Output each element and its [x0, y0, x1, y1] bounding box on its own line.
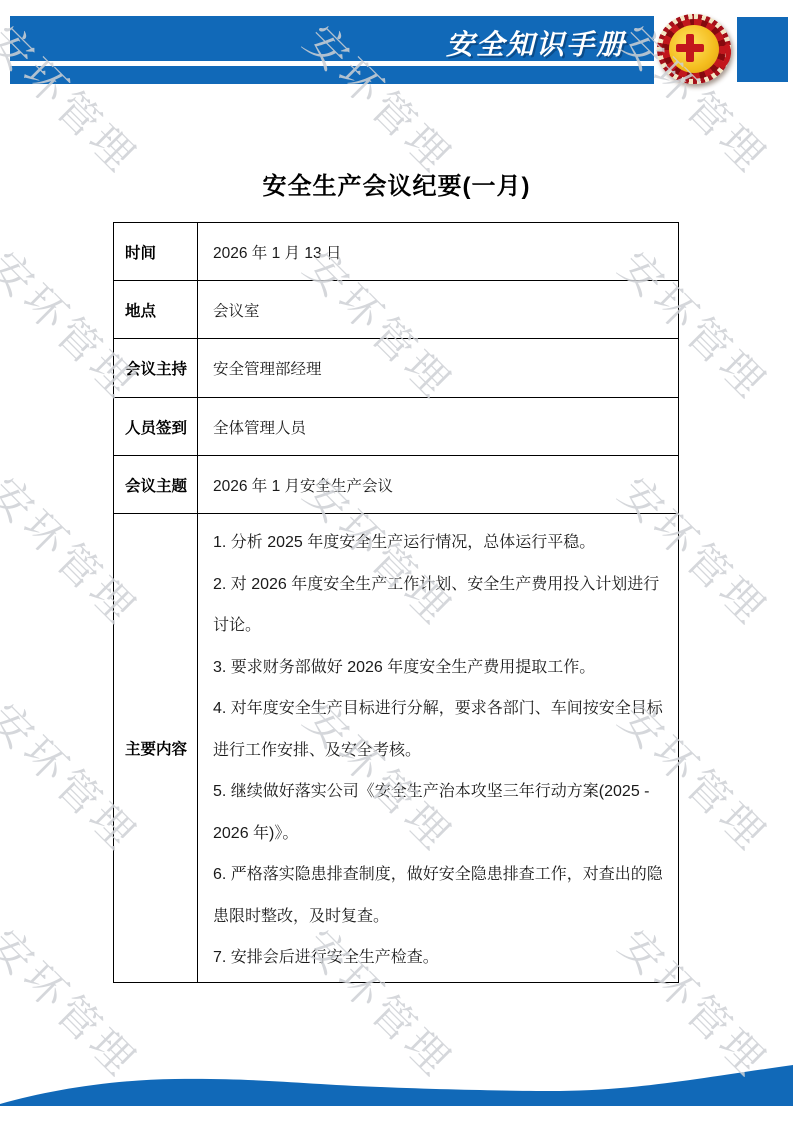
row-value: 2026 年 1 月安全生产会议 — [198, 456, 678, 513]
row-label: 会议主题 — [114, 456, 198, 513]
row-value: 会议室 — [198, 281, 678, 338]
row-label: 会议主持 — [114, 339, 198, 397]
row-value: 全体管理人员 — [198, 398, 678, 455]
minutes-table: 时间 2026 年 1 月 13 日 地点 会议室 会议主持 安全管理部经理 人… — [113, 222, 679, 983]
content-item: 6. 严格落实隐患排查制度，做好安全隐患排查工作，对查出的隐患限时整改，及时复查… — [213, 854, 666, 937]
main-content-cell: 1. 分析 2025 年度安全生产运行情况，总体运行平稳。 2. 对 2026 … — [198, 514, 678, 982]
content-item: 7. 安排会后进行安全生产检查。 — [213, 937, 666, 979]
header-banner: 安全知识手册 — [10, 16, 654, 61]
table-row-time: 时间 2026 年 1 月 13 日 — [114, 223, 678, 281]
row-value: 2026 年 1 月 13 日 — [198, 223, 678, 280]
content-item: 2. 对 2026 年度安全生产工作计划、安全生产费用投入计划进行讨论。 — [213, 564, 666, 647]
row-label: 地点 — [114, 281, 198, 338]
table-row-topic: 会议主题 2026 年 1 月安全生产会议 — [114, 456, 678, 514]
row-value: 安全管理部经理 — [198, 339, 678, 397]
content-item: 3. 要求财务部做好 2026 年度安全生产费用提取工作。 — [213, 647, 666, 689]
safety-badge-icon — [653, 14, 737, 87]
table-row-attendees: 人员签到 全体管理人员 — [114, 398, 678, 456]
table-row-location: 地点 会议室 — [114, 281, 678, 339]
table-row-host: 会议主持 安全管理部经理 — [114, 339, 678, 398]
header-thin-strip — [10, 66, 654, 84]
row-label: 时间 — [114, 223, 198, 280]
page-title: 安全生产会议纪要(一月) — [0, 166, 793, 201]
content-item: 4. 对年度安全生产目标进行分解，要求各部门、车间按安全目标进行工作安排、及安全… — [213, 688, 666, 771]
content-item: 5. 继续做好落实公司《安全生产治本攻坚三年行动方案(2025 - 2026 年… — [213, 771, 666, 854]
header-right-block — [737, 17, 788, 82]
table-row-main-content: 主要内容 1. 分析 2025 年度安全生产运行情况，总体运行平稳。 2. 对 … — [114, 514, 678, 982]
row-label: 人员签到 — [114, 398, 198, 455]
content-item: 1. 分析 2025 年度安全生产运行情况，总体运行平稳。 — [213, 522, 666, 564]
footer-wave — [0, 1060, 793, 1106]
banner-title: 安全知识手册 — [446, 23, 626, 63]
row-label: 主要内容 — [114, 514, 198, 982]
